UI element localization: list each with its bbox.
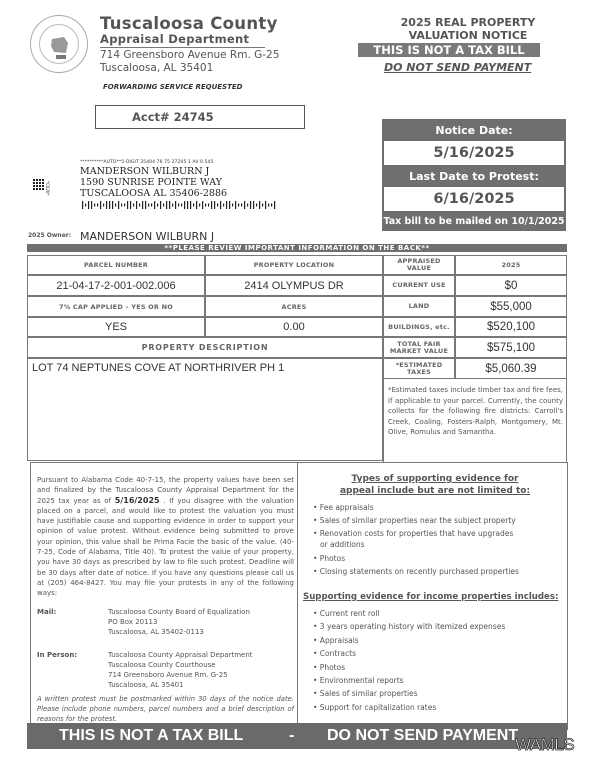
cap-value: YES xyxy=(27,317,205,337)
acres-header: ACRES xyxy=(205,296,383,317)
income-evidence-item: • Sales of similar properties xyxy=(313,689,418,698)
mail-line: Tuscaloosa, AL 35402-0113 xyxy=(108,628,204,636)
county-seal-icon xyxy=(30,15,88,73)
owner-name: MANDERSON WILBURN J xyxy=(80,230,214,243)
protest-date-label: Last Date to Protest: xyxy=(382,170,566,183)
valuation-label: *ESTIMATED TAXES xyxy=(383,358,455,379)
postal-meter-line: **********AUTO**5-DIGIT 35404 76 75 2720… xyxy=(80,160,213,165)
location-header: PROPERTY LOCATION xyxy=(205,255,383,275)
footer-do-not-send: DO NOT SEND PAYMENT xyxy=(327,723,518,749)
account-box: Acct# 24745 xyxy=(95,105,305,129)
parcel-number: 21-04-17-2-001-002.006 xyxy=(27,275,205,296)
valuation-value: $520,100 xyxy=(455,317,567,337)
org-name: Tuscaloosa County xyxy=(100,14,278,33)
description-header: PROPERTY DESCRIPTION xyxy=(27,337,383,358)
property-location: 2414 OLYMPUS DR xyxy=(205,275,383,296)
estimated-taxes-footnote: *Estimated taxes include timber tax and … xyxy=(388,385,563,438)
evidence-title-line1: Types of supporting evidence for xyxy=(305,473,565,485)
cap-header: 7% CAP APPLIED – YES OR NO xyxy=(27,296,205,317)
footer-banner: THIS IS NOT A TAX BILL - DO NOT SEND PAY… xyxy=(27,723,567,749)
org-address-line2: Tuscaloosa, AL 35401 xyxy=(100,62,213,74)
seal-inner-ring xyxy=(39,24,79,64)
in-person-line: Tuscaloosa County Courthouse xyxy=(108,661,216,669)
recipient-name: MANDERSON WILBURN J xyxy=(80,166,209,177)
income-evidence-item: • Support for capitalization rates xyxy=(313,703,436,712)
income-evidence-item: • Contracts xyxy=(313,649,356,658)
parcel-number-header: PARCEL NUMBER xyxy=(27,255,205,275)
mail-line: Tuscaloosa County Board of Equalization xyxy=(108,608,250,616)
forwarding-notice: FORWARDING SERVICE REQUESTED xyxy=(103,83,242,91)
in-person-line: Tuscaloosa, AL 35401 xyxy=(108,681,184,689)
datamatrix-code-icon xyxy=(33,178,45,190)
evidence-item: • Photos xyxy=(313,554,345,563)
mail-label: Mail: xyxy=(37,608,56,616)
legal-date: 5/16/2025 xyxy=(115,496,160,505)
postal-barcode-icon xyxy=(80,201,280,209)
mail-line: PO Box 20113 xyxy=(108,618,157,626)
footer-dash: - xyxy=(289,723,294,749)
income-evidence-item: • Current rent roll xyxy=(313,609,380,618)
notice-date-label: Notice Date: xyxy=(382,124,566,137)
income-evidence-item: • Photos xyxy=(313,663,345,672)
recipient-street: 1590 SUNRISE POINTE WAY xyxy=(80,177,222,188)
valuation-label: CURRENT USE xyxy=(383,275,455,296)
protest-note: A written protest must be postmarked wit… xyxy=(37,694,294,724)
evidence-title-line2: appeal include but are not limited to: xyxy=(305,485,565,497)
in-person-label: In Person: xyxy=(37,651,77,659)
income-evidence-item: • Appraisals xyxy=(313,636,359,645)
in-person-line: Tuscaloosa County Appraisal Department xyxy=(108,651,253,659)
evidence-item: or additions xyxy=(320,540,365,549)
seal-badge xyxy=(56,55,66,59)
valuation-label: BUILDINGS, etc. xyxy=(383,317,455,337)
notice-title-line2: VALUATION NOTICE xyxy=(368,29,568,42)
tax-bill-mail-date: Tax bill to be mailed on 10/1/2025 xyxy=(382,216,566,227)
valuation-label: TOTAL FAIR MARKET VALUE xyxy=(383,337,455,358)
notice-title: 2025 REAL PROPERTY VALUATION NOTICE xyxy=(368,16,568,42)
legal-text-after: . If you disagree with the valuation pla… xyxy=(37,497,294,598)
not-tax-bill-banner: THIS IS NOT A TAX BILL xyxy=(358,43,540,57)
income-evidence-item: • 3 years operating history with itemize… xyxy=(313,622,505,631)
evidence-item: • Renovation costs for properties that h… xyxy=(313,529,513,538)
valuation-value: $5,060.39 xyxy=(455,358,567,379)
county-map-shape xyxy=(50,35,70,55)
property-description: LOT 74 NEPTUNES COVE AT NORTHRIVER PH 1 xyxy=(27,358,383,461)
appraised-value-header: APPRAISED VALUE xyxy=(383,255,455,275)
dates-panel: Notice Date: 5/16/2025 Last Date to Prot… xyxy=(382,119,566,231)
do-not-send-payment: DO NOT SEND PAYMENT xyxy=(384,61,531,74)
income-evidence-item: • Environmental reports xyxy=(313,676,404,685)
evidence-item: • Sales of similar properties near the s… xyxy=(313,516,516,525)
panel-divider xyxy=(297,462,298,730)
valuation-value: $55,000 xyxy=(455,296,567,317)
evidence-item: • Closing statements on recently purchas… xyxy=(313,567,519,576)
valuation-value: $575,100 xyxy=(455,337,567,358)
side-code: *C020* xyxy=(45,181,50,195)
owner-prefix: 2025 Owner: xyxy=(28,232,71,239)
property-table: PARCEL NUMBER PROPERTY LOCATION 21-04-17… xyxy=(27,255,567,379)
notice-title-line1: 2025 REAL PROPERTY xyxy=(368,16,568,29)
review-banner: **PLEASE REVIEW IMPORTANT INFORMATION ON… xyxy=(27,244,567,252)
recipient-city: TUSCALOOSA AL 35406-2886 xyxy=(80,188,227,199)
watermark: WAMLS xyxy=(515,735,574,755)
org-department: Appraisal Department xyxy=(100,32,249,46)
acres-value: 0.00 xyxy=(205,317,383,337)
valuation-value: $0 xyxy=(455,275,567,296)
legal-paragraph: Pursuant to Alabama Code 40-7-15, the pr… xyxy=(37,475,294,599)
income-evidence-title: Supporting evidence for income propertie… xyxy=(303,592,558,602)
header-divider xyxy=(100,47,265,48)
org-address-line1: 714 Greensboro Avenue Rm. G-25 xyxy=(100,49,279,61)
year-header: 2025 xyxy=(455,255,567,275)
evidence-item: • Fee appraisals xyxy=(313,503,374,512)
in-person-line: 714 Greensboro Avenue Rm. G-25 xyxy=(108,671,228,679)
valuation-label: LAND xyxy=(383,296,455,317)
footer-not-tax-bill: THIS IS NOT A TAX BILL xyxy=(59,723,243,749)
account-number: Acct# 24745 xyxy=(132,110,214,124)
notice-date: 5/16/2025 xyxy=(384,141,564,165)
protest-date: 6/16/2025 xyxy=(384,187,564,211)
